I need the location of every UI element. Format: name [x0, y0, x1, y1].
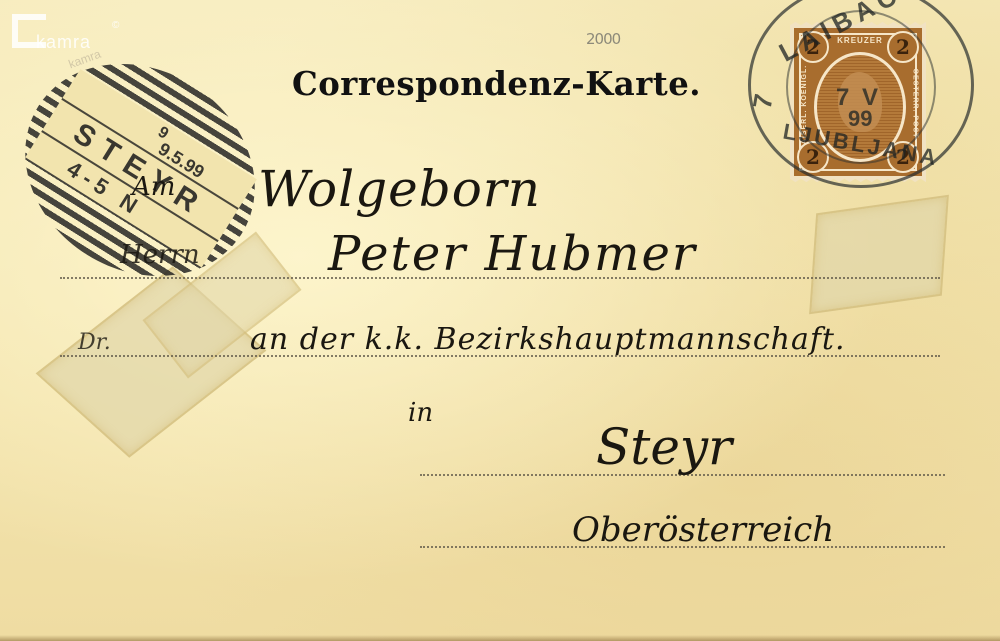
address-honorific: Wolgeborn	[258, 160, 541, 218]
address-prefix-herrn: Herrn	[120, 240, 200, 270]
address-in: in	[408, 398, 433, 428]
postmark-year: 99	[848, 106, 872, 132]
address-region: Oberösterreich	[572, 510, 834, 550]
postcard: kamra © kamra 2000 Correspondenz-Karte. …	[0, 0, 1000, 641]
watermark-copyright: ©	[112, 20, 119, 31]
address-recipient-name: Peter Hubmer	[328, 226, 697, 282]
address-office: an der k.k. Bezirkshauptmannschaft.	[250, 322, 846, 357]
pencil-note: 2000	[586, 30, 620, 48]
card-title: Correspondenz-Karte.	[292, 64, 701, 103]
hinge-remnant-right	[809, 195, 949, 315]
salutation: Am	[132, 172, 175, 202]
address-city: Steyr	[596, 418, 732, 476]
address-prefix: Dr.	[78, 330, 111, 355]
